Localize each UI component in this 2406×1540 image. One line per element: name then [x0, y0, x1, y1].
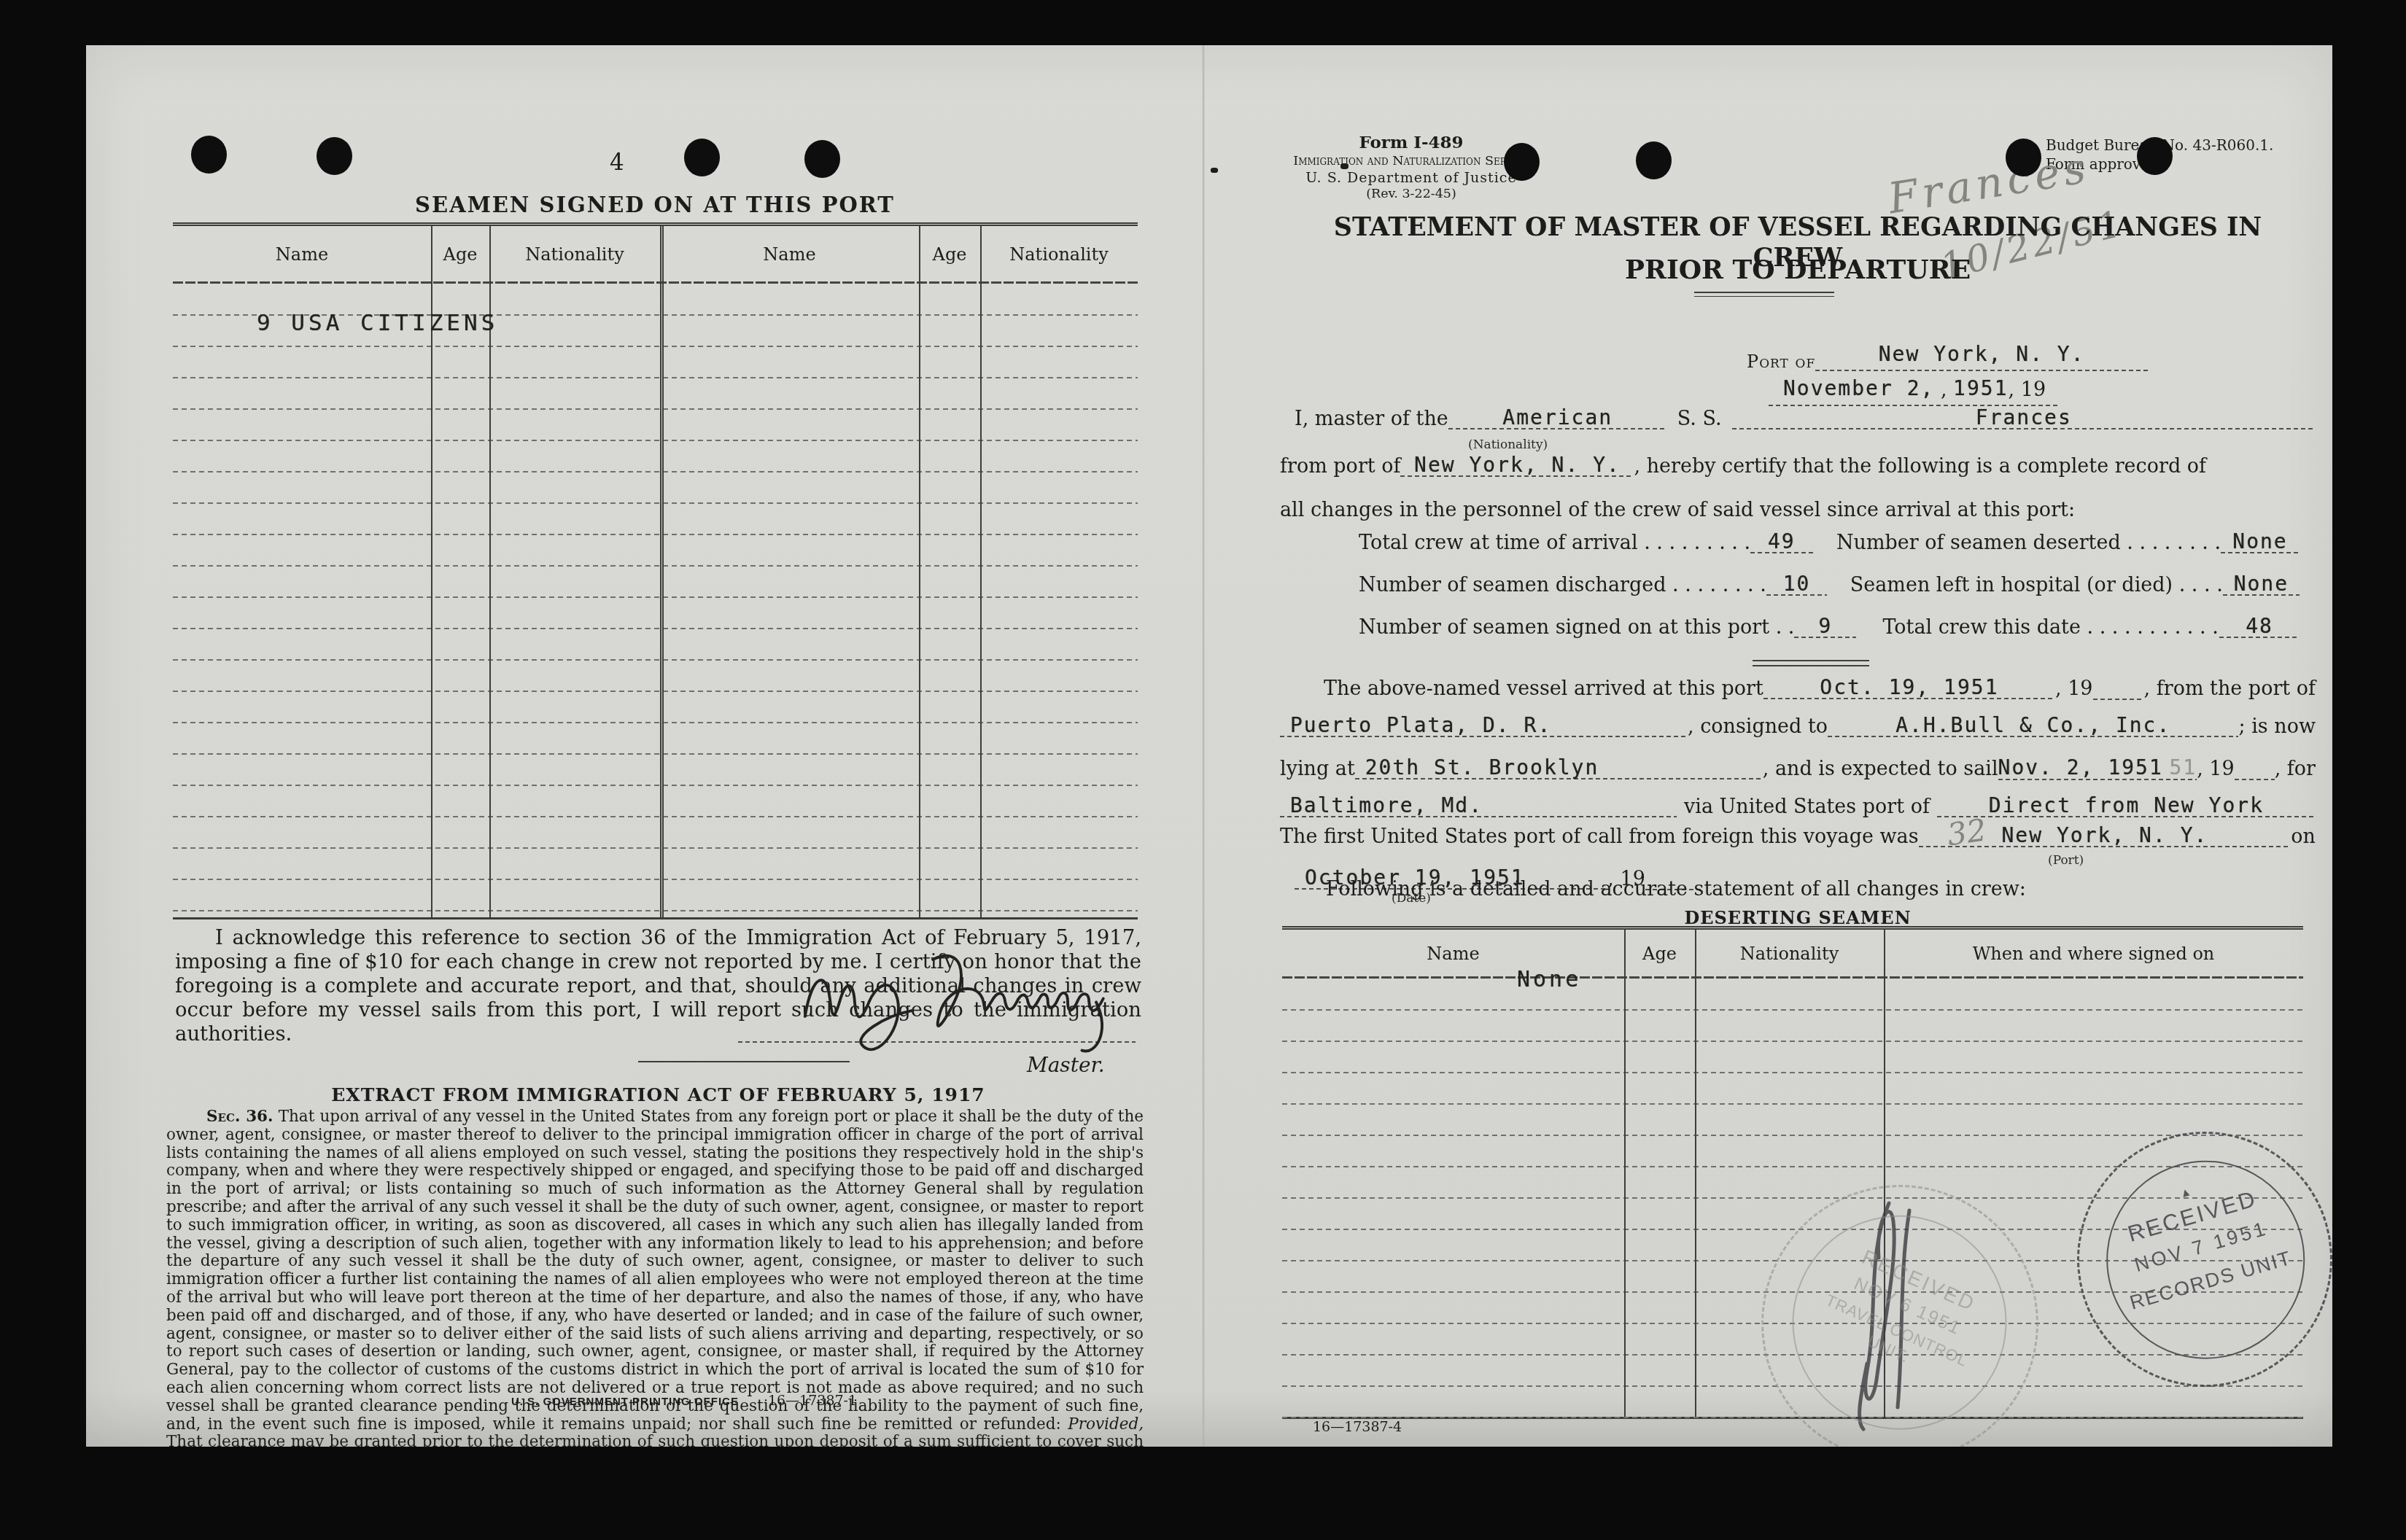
stat-total-value: 48 — [2219, 614, 2300, 638]
arrival-text-1a: The above-named vessel arrived at this p… — [1280, 677, 1763, 700]
table-row — [173, 849, 1138, 880]
form-id-block: Form I-489 Immigration and Naturalizatio… — [1280, 133, 1542, 203]
master-line: I, master of the American S. S. Frances — [1295, 406, 2316, 430]
following-line: Following is a detailed and accurate sta… — [1326, 878, 2026, 901]
stat-total-label: Total crew this date . . . . . . . . . .… — [1882, 616, 2218, 639]
col-header-age-1: Age — [431, 244, 489, 265]
seamen-table-rows — [173, 284, 1138, 911]
punch-hole — [804, 140, 840, 178]
form-revision: (Rev. 3-22-45) — [1280, 187, 1542, 203]
sec36-text-a: That upon arrival of any vessel in the U… — [166, 1108, 1144, 1434]
punch-hole — [2006, 139, 2041, 176]
stat-hospital-value: None — [2223, 572, 2300, 596]
stats-row-2: Number of seamen discharged . . . . . . … — [1359, 572, 2300, 596]
document-paper: 4 SEAMEN SIGNED ON AT THIS PORT Name Age… — [86, 45, 2332, 1447]
certify-text: , hereby certify that the following is a… — [1634, 455, 2206, 478]
column-divider — [980, 226, 982, 917]
table-row — [173, 629, 1138, 661]
stat-deserted-label: Number of seamen deserted . . . . . . . … — [1836, 532, 2221, 554]
stat-discharged-label: Number of seamen discharged . . . . . . … — [1359, 574, 1766, 596]
typed-sail-ghost: 51 — [2169, 755, 2197, 779]
right-form-code: 16—17387-4 — [1313, 1419, 1402, 1435]
typed-from-port: New York, N. Y. — [1400, 453, 1634, 477]
stat-arrival-value: 49 — [1750, 529, 1812, 553]
punch-hole — [1504, 143, 1540, 181]
sail-19: , 19 — [2197, 758, 2235, 780]
stats-row-3: Number of seamen signed on at this port … — [1359, 615, 2300, 639]
sec36-label: Sec. 36. — [206, 1108, 273, 1126]
typed-via: Direct from New York — [1937, 793, 2316, 817]
punch-hole — [684, 139, 720, 176]
arrival-row-1: The above-named vessel arrived at this p… — [1280, 674, 2316, 700]
col-header-nationality-1: Nationality — [489, 244, 660, 265]
col-header-nationality-2: Nationality — [980, 244, 1138, 265]
port-of-row: Port of New York, N. Y. — [1747, 343, 2148, 372]
column-divider — [1624, 930, 1626, 1417]
col-header-when-where: When and where signed on — [1884, 944, 2303, 964]
seamen-table-header: Name Age Nationality Name Age Nationalit… — [173, 226, 1138, 283]
table-row — [173, 661, 1138, 692]
table-row — [173, 786, 1138, 817]
typed-sail-date: Nov. 2, 1951 — [1998, 755, 2163, 779]
sec36-text-b: That clearance may be granted prior to t… — [166, 1433, 1144, 1447]
arrival-row-4: Baltimore, Md. via United States port of… — [1280, 794, 2316, 818]
arrival-19-1: , 19 — [2055, 677, 2093, 700]
typed-arrival-date: Oct. 19, 1951 — [1763, 675, 2055, 699]
arrival-text-1c: , from the port of — [2144, 677, 2316, 700]
deserting-title: DESERTING SEAMEN — [1280, 907, 2316, 928]
col-header-name-1: Name — [173, 244, 431, 265]
table-row — [173, 441, 1138, 472]
table-row — [1282, 1105, 2303, 1136]
table-row — [173, 567, 1138, 598]
left-page-footer: U. S. GOVERNMENT PRINTING OFFICE 16—1738… — [509, 1393, 859, 1409]
table-row — [1282, 1042, 2303, 1073]
from-port-line: from port of New York, N. Y. , hereby ce… — [1280, 454, 2316, 478]
call-text: The first United States port of call fro… — [1280, 825, 1919, 848]
typed-none-entry: None — [1517, 967, 1581, 992]
col-header-age-2: Age — [919, 244, 980, 265]
table-row — [173, 347, 1138, 378]
typed-call-port: New York, N. Y. — [1919, 823, 2291, 847]
table-row — [173, 410, 1138, 441]
punch-hole — [1636, 141, 1672, 179]
punch-hole — [2137, 137, 2173, 175]
master-line-text1: I, master of the — [1295, 408, 1448, 430]
column-divider — [919, 226, 920, 917]
title-rule — [1694, 292, 1834, 297]
left-page-number: 4 — [610, 149, 624, 176]
port-of-label: Port of — [1747, 351, 1815, 372]
table-row — [173, 817, 1138, 849]
call-row-1: The first United States port of call fro… — [1280, 824, 2316, 848]
stat-discharged-value: 10 — [1766, 572, 1827, 596]
port-of-value: New York, N. Y. — [1815, 342, 2148, 371]
col-header-nationality: Nationality — [1695, 944, 1884, 964]
table-row — [173, 692, 1138, 723]
punch-hole — [191, 136, 227, 174]
column-divider — [1695, 930, 1696, 1417]
ink-speck — [1340, 163, 1348, 169]
sec36-provided: Provided, — [1068, 1415, 1144, 1434]
master-signature — [779, 931, 1144, 1066]
agency-line1: Immigration and Naturalization Service — [1280, 154, 1542, 170]
arrival-row-3: lying at 20th St. Brooklyn , and is expe… — [1280, 754, 2316, 780]
punch-hole — [317, 137, 352, 175]
table-row — [1282, 1011, 2303, 1042]
lying-at-label: lying at — [1280, 758, 1355, 780]
table-row — [173, 504, 1138, 535]
signature-underline — [638, 1061, 850, 1062]
form-title-line2: PRIOR TO DEPARTURE — [1280, 254, 2316, 285]
stat-deserted-value: None — [2221, 529, 2300, 553]
master-role-label: Master. — [1027, 1053, 1105, 1077]
consigned-label: , consigned to — [1688, 715, 1828, 738]
typed-lying-at: 20th St. Brooklyn — [1355, 755, 1763, 779]
expected-sail-label: , and is expected to sail — [1763, 758, 1998, 780]
deserting-table-header: Name Age Nationality When and where sign… — [1282, 930, 2303, 978]
table-row — [173, 598, 1138, 629]
form-number: Form I-489 — [1280, 133, 1542, 154]
agency-line2: U. S. Department of Justice — [1280, 170, 1542, 187]
col-header-name-2: Name — [660, 244, 919, 265]
typed-date-year: 1951 — [1953, 376, 2008, 400]
typed-destination: Baltimore, Md. — [1280, 793, 1677, 817]
stat-signed-on-label: Number of seamen signed on at this port … — [1359, 616, 1794, 639]
ink-speck — [1211, 168, 1218, 173]
typed-seamen-entry: 9 USA CITIZENS — [257, 310, 498, 336]
left-form-code: 16—17387-1 — [768, 1393, 857, 1409]
via-label: via United States port of — [1677, 796, 1937, 818]
arrival-row-2: Puerto Plata, D. R. , consigned to A.H.B… — [1280, 714, 2316, 738]
table-row — [1282, 1073, 2303, 1105]
is-now-label: ; is now — [2238, 715, 2316, 738]
scanned-document-spread: { "left_page": { "page_number": "4", "ti… — [0, 0, 2406, 1540]
extract-title: EXTRACT FROM IMMIGRATION ACT OF FEBRUARY… — [175, 1084, 1141, 1105]
port-caption: (Port) — [2048, 853, 2084, 868]
gpo-imprint: U. S. GOVERNMENT PRINTING OFFICE — [511, 1396, 739, 1408]
table-row — [173, 755, 1138, 786]
ss-label: S. S. — [1667, 408, 1732, 430]
table-row — [173, 723, 1138, 755]
stat-hospital-label: Seamen left in hospital (or died) . . . … — [1850, 574, 2223, 596]
date-19-print: , 19 — [2009, 378, 2046, 401]
table-row — [173, 880, 1138, 911]
typed-consignee: A.H.Bull & Co., Inc. — [1828, 713, 2238, 737]
stat-signed-on-value: 9 — [1794, 614, 1856, 638]
column-divider-double — [660, 226, 664, 917]
typed-from-port-value: Puerto Plata, D. R. — [1280, 713, 1688, 737]
col-header-name: Name — [1282, 944, 1624, 964]
date-comma: , — [1934, 378, 1953, 401]
stats-row-1: Total crew at time of arrival . . . . . … — [1359, 530, 2300, 554]
date-row: November 2, , 1951, 19 — [1769, 377, 2060, 406]
all-changes-line: all changes in the personnel of the crew… — [1280, 499, 2075, 521]
header-rule — [173, 281, 1138, 284]
table-row — [173, 535, 1138, 567]
typed-nationality: American — [1448, 405, 1667, 429]
nationality-caption: (Nationality) — [1468, 437, 1548, 452]
stat-arrival-label: Total crew at time of arrival . . . . . … — [1359, 532, 1750, 554]
table-row — [1282, 979, 2303, 1011]
stats-divider — [1753, 660, 1869, 666]
page-fold — [1202, 45, 1205, 1447]
table-row — [173, 378, 1138, 410]
budget-line1: Budget Bureau No. 43-R060.1. — [2046, 136, 2332, 155]
left-page-title: SEAMEN SIGNED ON AT THIS PORT — [137, 192, 1173, 217]
typed-date-month: November 2, — [1783, 376, 1934, 400]
typed-vessel-name: Frances — [1732, 405, 2316, 429]
col-header-age: Age — [1624, 944, 1695, 964]
header-rule — [1282, 976, 2303, 979]
for-label: , for — [2275, 758, 2316, 780]
from-port-label: from port of — [1280, 455, 1400, 478]
on-label: on — [2291, 825, 2316, 848]
table-row — [173, 472, 1138, 504]
